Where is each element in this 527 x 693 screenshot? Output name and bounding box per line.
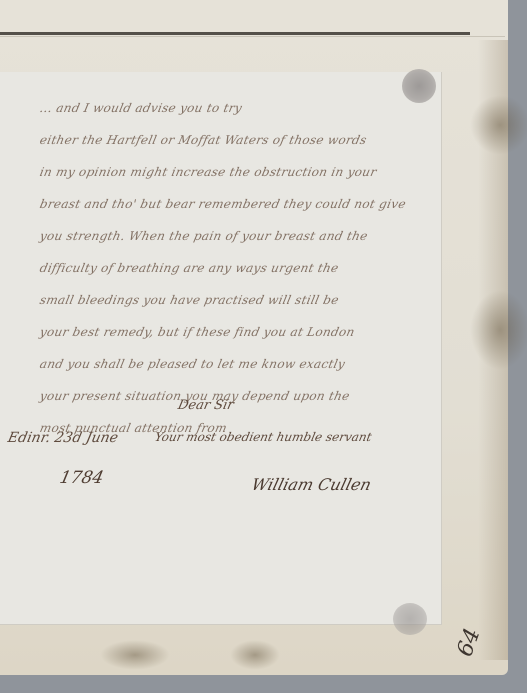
letter-line: in my opinion might increase the obstruc… bbox=[37, 156, 444, 188]
foxing-stain bbox=[470, 290, 527, 370]
letter-line: your present situation you may depend up… bbox=[37, 380, 444, 412]
letter-line: your best remedy, but if these find you … bbox=[37, 316, 444, 348]
salutation: Dear Sir bbox=[176, 398, 235, 413]
letter-body: ... and I would advise you to try either… bbox=[40, 92, 440, 444]
letter-line: and you shall be pleased to let me know … bbox=[37, 348, 444, 380]
foxing-stain bbox=[230, 640, 280, 670]
closing-phrase: Your most obedient humble servant bbox=[154, 430, 374, 444]
wax-seal-mark-bottom bbox=[393, 603, 427, 635]
year: 1784 bbox=[58, 468, 106, 488]
top-fold-edge bbox=[0, 32, 470, 35]
foxing-stain bbox=[470, 95, 527, 155]
letter-line: difficulty of breathing are any ways urg… bbox=[37, 252, 444, 284]
place-date: Edinr. 23d June bbox=[6, 430, 119, 446]
fold-line bbox=[0, 36, 505, 37]
letter-line: you strength. When the pain of your brea… bbox=[37, 220, 444, 252]
letter-line: small bleedings you have practised will … bbox=[37, 284, 444, 316]
letter-line: breast and tho' but bear remembered they… bbox=[37, 188, 444, 220]
letter-line: either the Hartfell or Moffat Waters of … bbox=[37, 124, 444, 156]
letter-line: ... and I would advise you to try bbox=[37, 92, 444, 124]
signature: William Cullen bbox=[250, 475, 374, 494]
foxing-stain bbox=[100, 640, 170, 670]
